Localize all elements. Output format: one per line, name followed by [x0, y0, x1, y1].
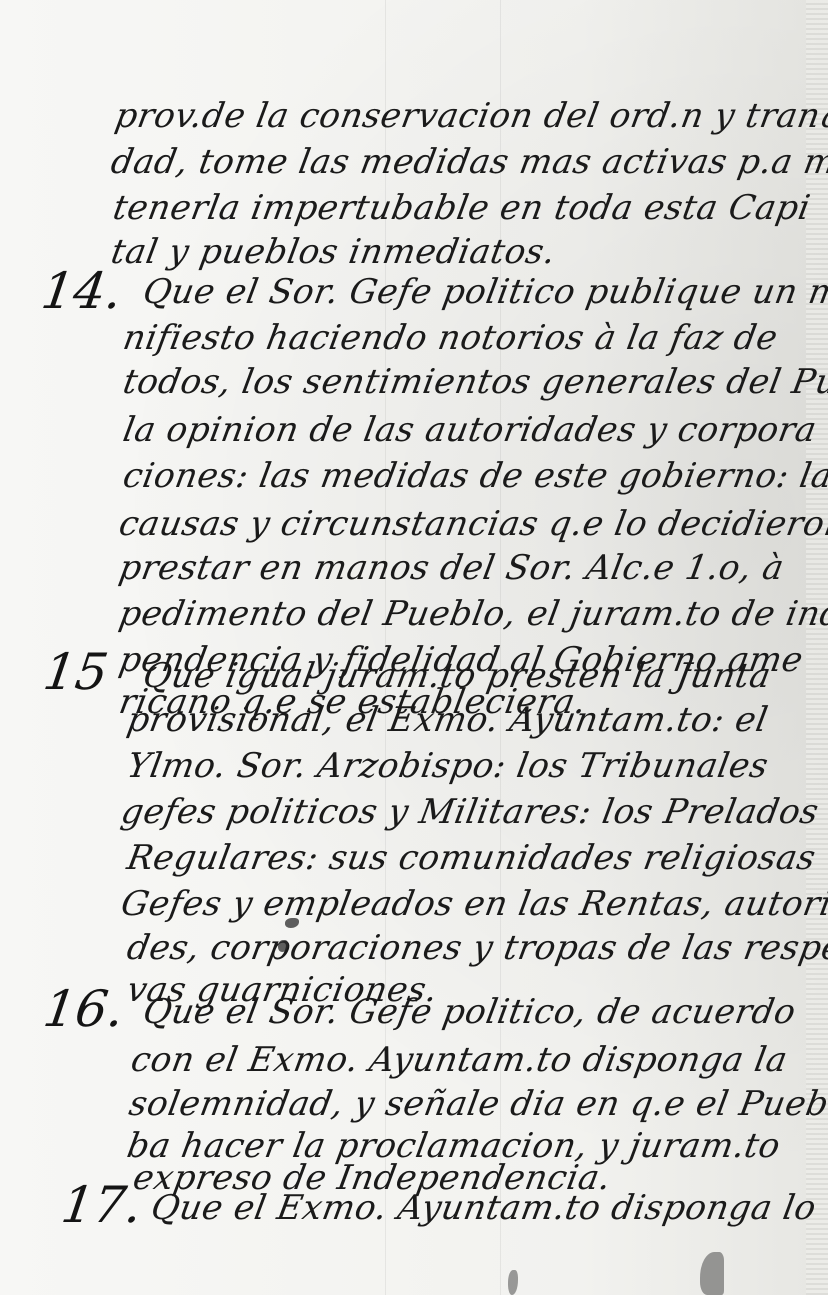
manuscript-page: prov.de la conservacion del ord.n y tran… [0, 0, 828, 1295]
text-line: tal y pueblos inmediatos. [108, 232, 559, 272]
text-line: Ylmo. Sor. Arzobispo: los Tribunales [124, 746, 771, 786]
text-line: causas y circunstancias q.e lo decidiero… [116, 504, 828, 544]
text-line: gefes politicos y Militares: los Prelado… [118, 792, 822, 832]
text-line: todos, los sentimientos generales del Pu… [120, 362, 828, 402]
text-line: ciones: las medidas de este gobierno: la… [120, 456, 828, 496]
item-number: 15 [40, 643, 112, 701]
item-number: 17. [58, 1176, 146, 1234]
text-line: provisional, el Exmo. Ayuntam.to: el [124, 700, 771, 740]
text-line: prestar en manos del Sor. Alc.e 1.o, à [116, 548, 787, 588]
text-line: Que el Sor. Gefe politico, de acuerdo [140, 992, 799, 1032]
ink-bleed-mark [508, 1270, 518, 1295]
text-line: Regulares: sus comunidades religiosas [124, 838, 819, 878]
text-line: tenerla impertubable en toda esta Capi [110, 188, 814, 228]
text-line: con el Exmo. Ayuntam.to disponga la [128, 1040, 791, 1080]
text-line: prov.de la conservacion del ord.n y tran… [112, 96, 828, 136]
text-line: pedimento del Pueblo, el juram.to de ind… [116, 594, 828, 634]
text-line: dad, tome las medidas mas activas p.a ma… [108, 142, 828, 182]
ink-bleed-mark [700, 1252, 724, 1295]
text-line: solemnidad, y señale dia en q.e el Puebl… [126, 1084, 828, 1124]
text-line: nifiesto haciendo notorios à la faz de [120, 318, 781, 358]
text-line: Gefes y empleados en las Rentas, autorid… [118, 884, 828, 924]
text-line: Que el Exmo. Ayuntam.to disponga lo [148, 1188, 819, 1228]
item-number: 16. [40, 980, 128, 1038]
text-line: des, corporaciones y tropas de las respe… [124, 928, 828, 968]
text-line: la opinion de las autoridades y corpora [120, 410, 820, 450]
text-line: Que igual juram.to presten la Junta [140, 656, 774, 696]
text-line: Que el Sor. Gefe politico publique un ma [140, 272, 828, 312]
ink-blot [285, 918, 299, 928]
item-number: 14. [38, 262, 126, 320]
